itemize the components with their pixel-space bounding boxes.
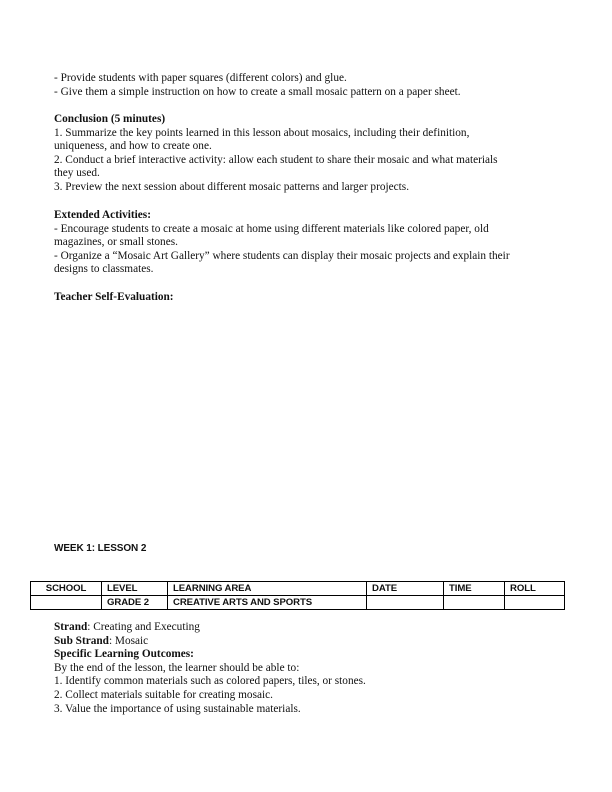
table-header-row: SCHOOL LEVEL LEARNING AREA DATE TIME ROL… — [31, 582, 565, 596]
extended-activities-heading: Extended Activities: — [54, 209, 554, 223]
self-evaluation-heading: Teacher Self-Evaluation: — [54, 291, 554, 305]
cell-learning-area: CREATIVE ARTS AND SPORTS — [168, 596, 367, 610]
lesson-details: Strand: Creating and Executing Sub Stran… — [54, 621, 554, 716]
table-row: GRADE 2 CREATIVE ARTS AND SPORTS — [31, 596, 565, 610]
header-level: LEVEL — [102, 582, 168, 596]
conclusion-line: 2. Conduct a brief interactive activity:… — [54, 154, 554, 168]
strand-label: Strand — [54, 621, 87, 633]
activity-bullets: - Provide students with paper squares (d… — [54, 72, 554, 99]
lesson-title: WEEK 1: LESSON 2 — [54, 543, 146, 554]
conclusion-line: uniqueness, and how to create one. — [54, 140, 554, 154]
self-evaluation-section: Teacher Self-Evaluation: — [54, 291, 554, 305]
conclusion-line: 1. Summarize the key points learned in t… — [54, 127, 554, 141]
outcome-item: 3. Value the importance of using sustain… — [54, 703, 554, 717]
conclusion-line: they used. — [54, 167, 554, 181]
extended-line: - Organize a “Mosaic Art Gallery” where … — [54, 250, 554, 264]
substrand-value: : Mosaic — [109, 635, 148, 647]
bullet-item: - Give them a simple instruction on how … — [54, 86, 554, 100]
extended-activities-section: Extended Activities: - Encourage student… — [54, 209, 554, 277]
cell-date — [367, 596, 444, 610]
conclusion-line: 3. Preview the next session about differ… — [54, 181, 554, 195]
cell-time — [444, 596, 505, 610]
header-learning-area: LEARNING AREA — [168, 582, 367, 596]
extended-line: designs to classmates. — [54, 263, 554, 277]
outcomes-heading: Specific Learning Outcomes: — [54, 648, 554, 662]
strand-value: : Creating and Executing — [87, 621, 200, 633]
conclusion-section: Conclusion (5 minutes) 1. Summarize the … — [54, 113, 554, 195]
cell-level: GRADE 2 — [102, 596, 168, 610]
extended-line: magazines, or small stones. — [54, 236, 554, 250]
lesson-info-table: SCHOOL LEVEL LEARNING AREA DATE TIME ROL… — [30, 581, 565, 610]
conclusion-heading: Conclusion (5 minutes) — [54, 113, 554, 127]
header-roll: ROLL — [505, 582, 565, 596]
strand-line: Strand: Creating and Executing — [54, 621, 554, 635]
cell-school — [31, 596, 102, 610]
substrand-label: Sub Strand — [54, 635, 109, 647]
header-time: TIME — [444, 582, 505, 596]
outcome-item: 2. Collect materials suitable for creati… — [54, 689, 554, 703]
bullet-item: - Provide students with paper squares (d… — [54, 72, 554, 86]
document-page: - Provide students with paper squares (d… — [0, 0, 612, 792]
cell-roll — [505, 596, 565, 610]
substrand-line: Sub Strand: Mosaic — [54, 635, 554, 649]
header-date: DATE — [367, 582, 444, 596]
header-school: SCHOOL — [31, 582, 102, 596]
outcomes-intro: By the end of the lesson, the learner sh… — [54, 662, 554, 676]
extended-line: - Encourage students to create a mosaic … — [54, 223, 554, 237]
outcome-item: 1. Identify common materials such as col… — [54, 675, 554, 689]
